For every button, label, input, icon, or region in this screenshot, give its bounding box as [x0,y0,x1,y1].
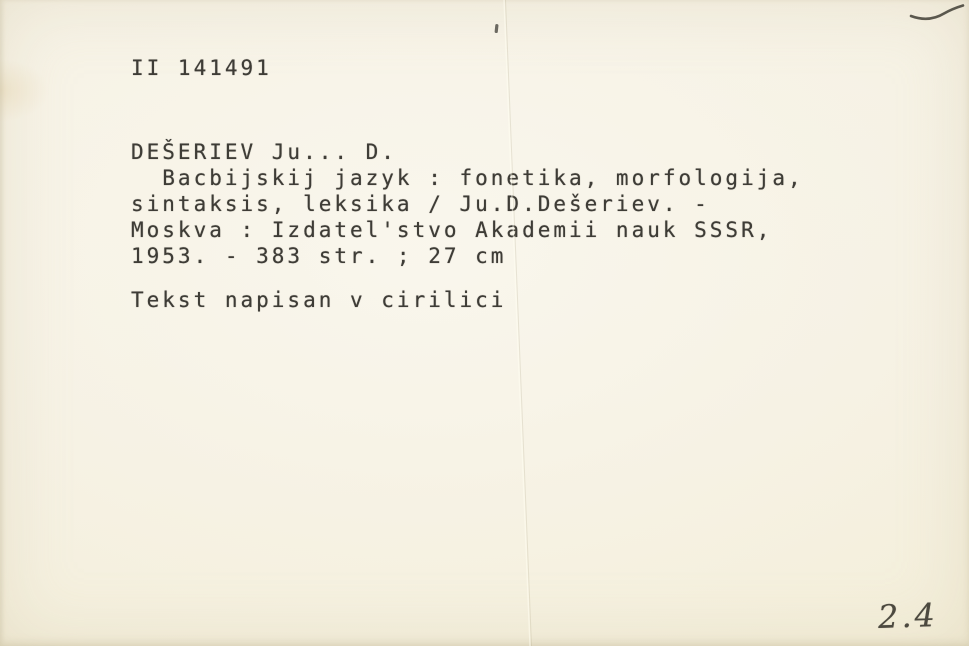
entry-line-title: Bacbijskij jazyk : fonetika, morfologija… [131,165,804,191]
catalog-card: II 141491 DEŠERIEV Ju... D. Bacbijskij j… [0,0,969,646]
bib-entry: DEŠERIEV Ju... D. Bacbijskij jazyk : fon… [131,139,804,269]
crease-line-shadow [506,0,532,646]
handwritten-number: 2.4 [877,597,938,635]
handwritten-check-stroke [911,6,963,19]
entry-line-author: DEŠERIEV Ju... D. [131,139,804,165]
call-number: II 141491 [131,55,272,81]
scan-artifacts [0,0,969,646]
entry-line-title-continued: sintaksis, leksika / Ju.D.Dešeriev. - [131,191,804,217]
ink-speck [494,24,498,33]
entry-line-collation: 1953. - 383 str. ; 27 cm [131,243,804,269]
note-line: Tekst napisan v cirilici [131,287,506,313]
entry-line-imprint: Moskva : Izdatel'stvo Akademii nauk SSSR… [131,217,804,243]
crease-line-highlight [504,0,530,646]
